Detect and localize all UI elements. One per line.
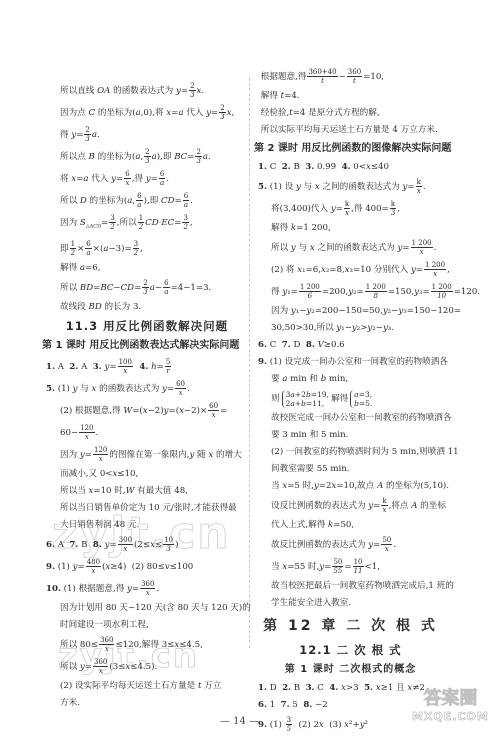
answer-line: (2) 将 x₁=6,x₂=8,x₃=10 分别代入 y=1 200x, xyxy=(258,259,443,281)
answer-line: 9. (1) 设完成一间办公室和一间教室的药物喷洒各 xyxy=(258,354,443,371)
text-line: 因为点 C 的坐标为(a,0),将 x=a 代入 y=23x, xyxy=(60,102,242,124)
column-divider xyxy=(249,78,250,648)
answer-line: 因为 y₁−y₂=200−150=50,y₂−y₃=150−120= xyxy=(258,303,443,320)
answer-line: 9. (1) 35 (2) 2x (3) x²+y² xyxy=(258,714,443,736)
answer-line: 1. C 2. B 3. 0.99 4. 0<x≤40 xyxy=(258,159,443,176)
answer-line: 当 x=55 时,y=5055=1011<1, xyxy=(258,556,443,578)
answer-line: 要 a min 和 b min, xyxy=(258,371,443,388)
answer-line: 故反比例函数的表达式为 y=50x. xyxy=(258,534,443,556)
chapter-title: 第 12 章 二 次 根 式 xyxy=(258,612,443,640)
text-line: 解得 a=6, xyxy=(60,260,242,277)
answer-line: 大日销售利润 48 元. xyxy=(60,517,242,534)
answer-line: (2) 一间教室的药物喷洒时间为 5 min,则喷洒 11 xyxy=(258,444,443,461)
answer-line: 当 x=5 时,y=2x=10,故点 A 的坐标为(5,10). xyxy=(258,478,443,495)
text-line: 得 y=23a. xyxy=(60,124,242,146)
answer-line: 所以 y 与 x 之间的函数表达式为 y=1 200x. xyxy=(258,237,443,259)
answer-line: 1. D 2. B 3. C 4. x>3 5. x≥1 且 x≠2 xyxy=(258,680,443,697)
answer-line: 学生能安全进入教室. xyxy=(258,595,443,612)
answer-line: 6. A 7. B 8. y=300x(2≤x≤103) xyxy=(46,534,242,556)
lesson-title: 第 1 课时 二次根式的概念 xyxy=(258,660,443,680)
answer-line: 时间建设一项水利工程, xyxy=(60,617,242,634)
answer-line: 得 y₁=1 2006=200,y₂=1 2008=150,y₃=1 20010… xyxy=(258,281,443,303)
answer-line: 则3a+2b=19,2a+b=11,解得a=3,b=5. xyxy=(258,388,443,410)
text-line: 所以点 B 的坐标为(a,23a),即 BC=23a. xyxy=(60,146,242,168)
section-title: 11.3 用反比例函数解决问题 xyxy=(52,316,242,336)
answer-line: 代入上式,解得 k=50, xyxy=(258,517,443,534)
text-line: 根据题意,得360+40t−360t=10, xyxy=(258,66,443,88)
text-line: 所以 BD=BC−CD=23a−6a=4−1=3. xyxy=(60,277,242,299)
answer-line: 1. A 2. A 3. y=100x 4. h=5r xyxy=(46,356,242,378)
answer-line: 6. 1 7. 5 8. −2 xyxy=(258,697,443,714)
answer-line: (2) 设实际平均每天运送土石方量是 t 万立 xyxy=(60,678,242,695)
answer-line: 所以 80≤360x≤120,解得 3≤x≤4.5, xyxy=(60,634,242,656)
answer-line: 故校医完成一间办公室和一间教室的药物喷洒各 xyxy=(258,410,443,427)
text-line: 即12×6a×(a−3)=32, xyxy=(60,238,242,260)
answer-line: 因为 y=120x的图像在第一象限内,y 随 x 的增大 xyxy=(60,444,242,466)
text-line: 解得 t=4. xyxy=(258,88,443,105)
answer-line: 故当校医把最后一间教室药物喷洒完成后,1 班的 xyxy=(258,578,443,595)
right-column: 根据题意,得360+40t−360t=10, 解得 t=4. 经检验,t=4 是… xyxy=(258,66,443,736)
answer-line: 解得 k=1 200, xyxy=(258,220,443,237)
answer-line: 30,50>30,所以 y₁−y₂>y₂−y₃. xyxy=(258,320,443,337)
answer-line: 因为计划用 80 天~120 天(含 80 天与 120 天)的 xyxy=(60,600,242,617)
text-line: 所以实际平均每天运送土石方量是 4 万立方米. xyxy=(258,122,443,139)
text-line: 经检验,t=4 是原分式方程的解, xyxy=(258,105,443,122)
text-line: 将 x=a 代入 y=6x,得 y=6a. xyxy=(60,168,242,190)
answer-line: 所以当日销售单价定为 10 元/张时,才能获得最 xyxy=(60,500,242,517)
left-column: 所以直线 OA 的函数表达式为 y=23x. 因为点 C 的坐标为(a,0),将… xyxy=(60,80,242,712)
answer-line: 设反比例函数的表达式为 y=kx,将点 A 的坐标 xyxy=(258,495,443,517)
lesson-title: 第 2 课时 用反比例函数的图像解决实际问题 xyxy=(254,139,443,159)
answer-line: 6. C 7. D 8. V≥0.6 xyxy=(258,337,443,354)
answer-line: 方米. xyxy=(60,695,242,712)
answer-line: 5. (1) 设 y 与 x 之间的函数表达式为 y=kx. xyxy=(258,176,443,198)
answer-line: 9. (1) y=480x(x≥4) (2) 80≤v≤100 xyxy=(46,556,242,578)
answer-line: 5. (1) y 与 x 的函数表达式为 y=60x. xyxy=(46,378,242,400)
text-line: 故线段 BD 的长为 3. xyxy=(60,299,242,316)
lesson-title: 第 1 课时 用反比例函数表达式解决实际问题 xyxy=(42,336,242,356)
page-number: — 14 — xyxy=(220,716,259,727)
answer-line: 60−120x. xyxy=(60,422,242,444)
section-title: 12.1 二 次 根 式 xyxy=(258,640,443,660)
document-page: 所以直线 OA 的函数表达式为 y=23x. 因为点 C 的坐标为(a,0),将… xyxy=(0,0,500,736)
answer-line: 10. (1) 根据题意,得 y=360x. xyxy=(46,578,242,600)
answer-line: 将(3,400)代入 y=kx,得 400=k3, xyxy=(258,198,443,220)
answer-line: (2) 根据题意,得 W=(x−2)y=(x−2)×60x= xyxy=(60,400,242,422)
text-line: 因为 S△ACD=32,所以12CD·EC=32, xyxy=(60,212,242,238)
answer-line: 所以 y=360x(3≤x≤4.5). xyxy=(60,656,242,678)
answer-line: 要 3 min 和 5 min. xyxy=(258,427,443,444)
text-line: 所以直线 OA 的函数表达式为 y=23x. xyxy=(60,80,242,102)
answer-line: 间教室需要 55 min. xyxy=(258,461,443,478)
answer-line: 所以当 x=10 时,W 有最大值 48, xyxy=(60,483,242,500)
answer-line: 而减小,又 0<x≤10, xyxy=(60,466,242,483)
text-line: 所以 D 的坐标为(a,6a),即 CD=6a. xyxy=(60,190,242,212)
